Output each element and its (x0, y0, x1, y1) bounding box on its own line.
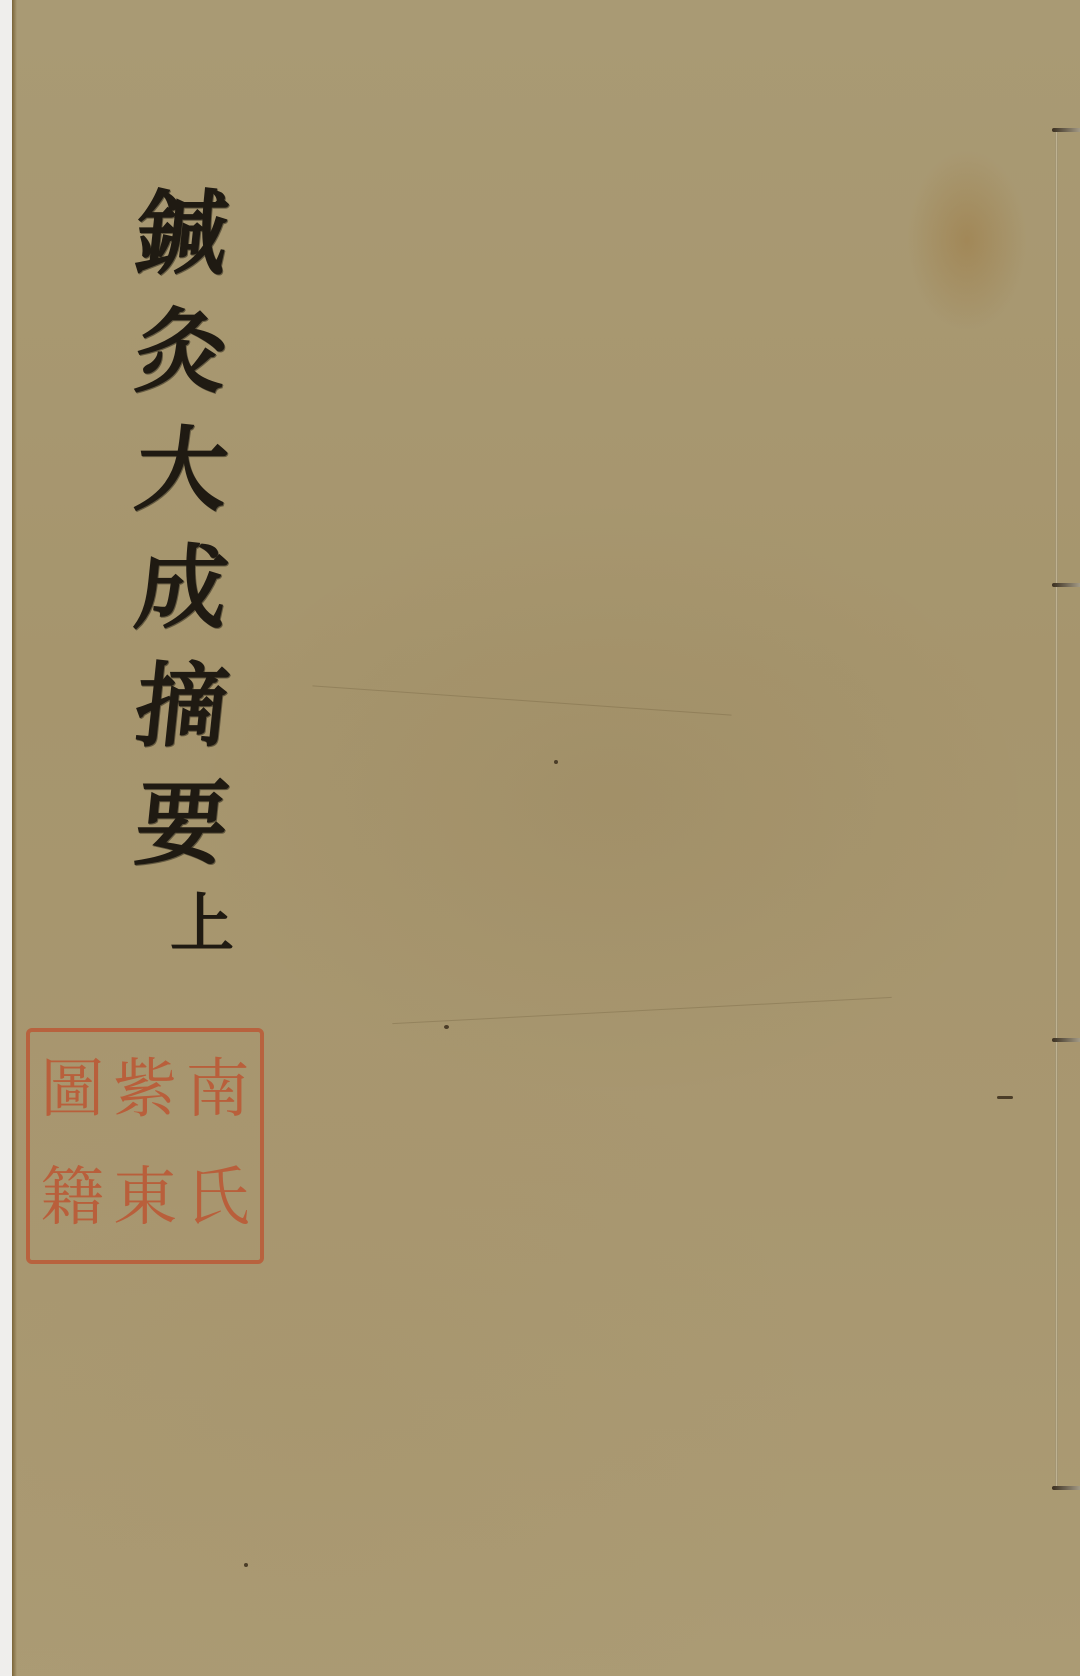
ink-spot (997, 1096, 1013, 1099)
ink-spot (444, 1025, 449, 1029)
book-cover: 鍼 灸 大 成 摘 要 上 南 氏 紫 東 圖 籍 (12, 0, 1080, 1676)
binding-thread (1055, 130, 1058, 1490)
binding-stitch (1052, 583, 1080, 587)
volume-mark: 上 (170, 885, 234, 965)
title-char: 摘 (130, 647, 234, 765)
paper-crease (392, 997, 891, 1024)
paper-crease (312, 685, 731, 715)
ink-spot (244, 1563, 248, 1567)
ink-spot (554, 760, 558, 764)
seal-char: 籍 (36, 1146, 109, 1254)
binding-stitch (1052, 1038, 1080, 1042)
title-char: 成 (130, 529, 234, 647)
seal-char: 紫 (109, 1038, 182, 1146)
red-seal-stamp: 南 氏 紫 東 圖 籍 (26, 1028, 264, 1264)
binding-stitch (1052, 128, 1080, 132)
binding-stitch (1052, 1486, 1080, 1490)
title-char: 灸 (130, 293, 234, 411)
title-char: 大 (130, 411, 234, 529)
seal-char: 東 (109, 1146, 182, 1254)
seal-char: 氏 (181, 1146, 254, 1254)
book-title-strip: 鍼 灸 大 成 摘 要 上 (112, 175, 252, 965)
title-char: 要 (130, 765, 234, 883)
seal-char: 圖 (36, 1038, 109, 1146)
title-char: 鍼 (130, 175, 234, 293)
cover-left-edge (12, 0, 17, 1676)
seal-char: 南 (181, 1038, 254, 1146)
